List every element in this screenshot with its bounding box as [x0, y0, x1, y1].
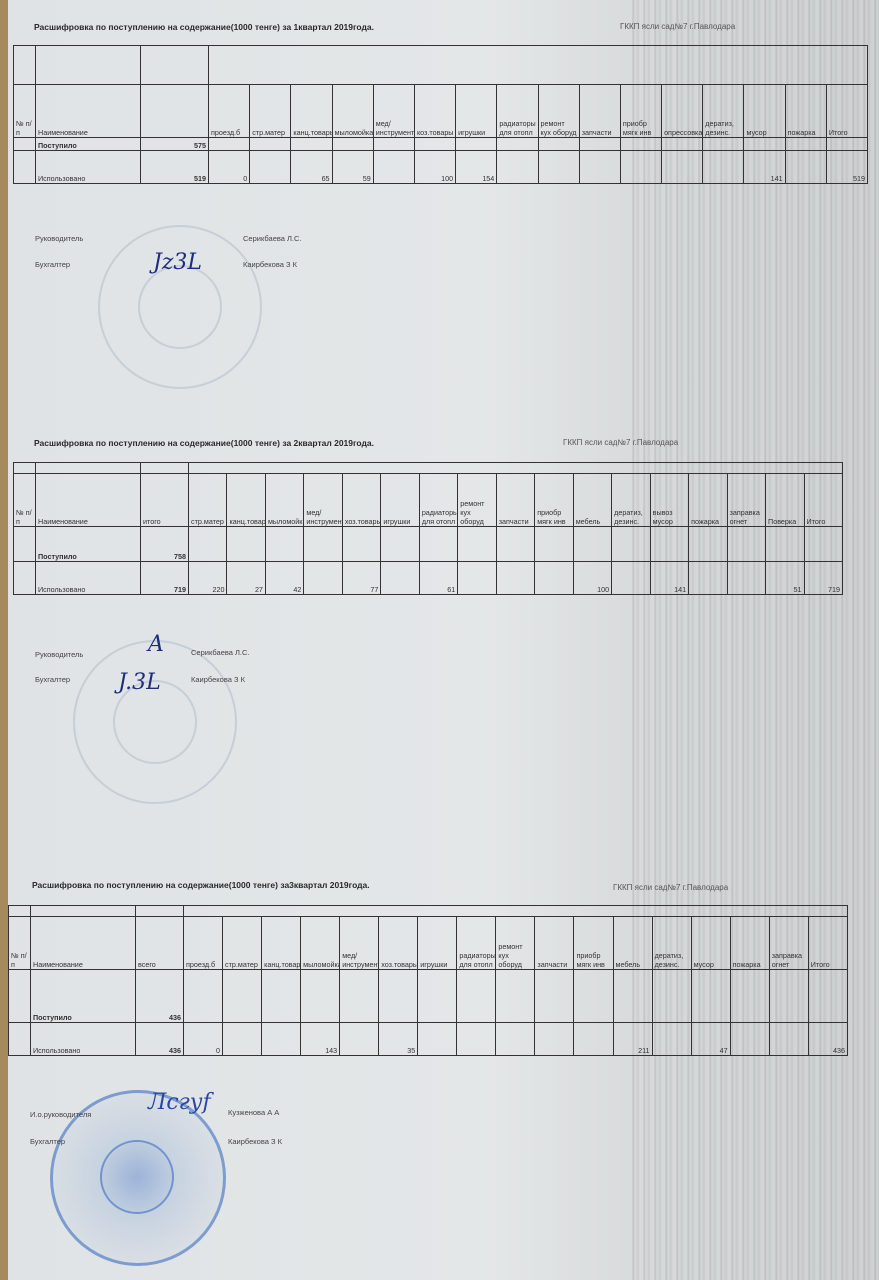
row-number — [14, 138, 36, 151]
cell-value — [727, 527, 765, 562]
row-total: 436 — [136, 970, 184, 1023]
head-role: Руководитель — [35, 650, 83, 659]
column-header: мыломойка — [301, 917, 340, 970]
cell-value — [414, 138, 455, 151]
column-header: мед/инструменты — [373, 85, 414, 138]
cell-value — [730, 1023, 769, 1056]
cell-value: 100 — [414, 151, 455, 184]
column-header: мыломойка — [265, 474, 303, 527]
expense-table: № п/пНаименованиевсегопроезд.бстр.матерк… — [8, 905, 848, 1056]
column-header: стр.матер — [250, 85, 291, 138]
column-header: стр.матер — [223, 917, 262, 970]
row-number — [9, 970, 31, 1023]
cell-value — [340, 1023, 379, 1056]
head-name: Серикбаева Л.С. — [243, 234, 302, 243]
cell-value — [223, 1023, 262, 1056]
page-edge — [0, 0, 8, 1280]
org-name: ГККП ясли сад№7 г.Павлодара — [613, 883, 728, 892]
column-header: заправка огнет — [727, 474, 765, 527]
row-label: Поступило — [31, 970, 136, 1023]
column-header: ремонт кух оборуд — [496, 917, 535, 970]
column-header-no: № п/п — [9, 917, 31, 970]
doc-title: Расшифровка по поступлению на содержание… — [32, 880, 370, 890]
cell-value: 143 — [301, 1023, 340, 1056]
column-header-name: Наименование — [36, 474, 141, 527]
doc-title: Расшифровка по поступлению на содержание… — [34, 22, 374, 32]
cell-value — [381, 562, 419, 595]
column-header: дератиз, дезинс. — [703, 85, 744, 138]
cell-value — [496, 970, 535, 1023]
header-row: № п/пНаименованиеитогостр.матерканц.това… — [14, 474, 843, 527]
column-header: игрушки — [418, 917, 457, 970]
cell-value — [535, 562, 573, 595]
cell-value — [691, 970, 730, 1023]
cell-value — [262, 1023, 301, 1056]
cell-value — [457, 1023, 496, 1056]
cell-value — [456, 138, 497, 151]
cell-value — [662, 151, 703, 184]
cell-value — [579, 151, 620, 184]
cell-value — [612, 527, 650, 562]
cell-value — [769, 1023, 808, 1056]
head-role: Руководитель — [35, 234, 83, 243]
cell-value — [497, 151, 538, 184]
cell-value — [620, 151, 661, 184]
column-header: приобр мягк инв — [535, 474, 573, 527]
cell-value — [652, 1023, 691, 1056]
cell-value — [340, 970, 379, 1023]
cell-value — [373, 151, 414, 184]
header-row: № п/пНаименованиепроезд.бстр.матерканц.т… — [14, 85, 868, 138]
cell-value: 0 — [209, 151, 250, 184]
cell-value — [250, 138, 291, 151]
cell-value — [304, 527, 342, 562]
cell-value — [497, 138, 538, 151]
header-spacer-row — [14, 463, 843, 474]
cell-value — [301, 970, 340, 1023]
cell-value: 141 — [744, 151, 785, 184]
column-header-no: № п/п — [14, 85, 36, 138]
row-label: Поступило — [36, 138, 141, 151]
cell-value — [381, 527, 419, 562]
cell-value — [538, 151, 579, 184]
cell-value — [727, 562, 765, 595]
row-total: 575 — [141, 138, 209, 151]
cell-value — [209, 138, 250, 151]
column-header: запчасти — [579, 85, 620, 138]
cell-value — [785, 138, 826, 151]
cell-value: 0 — [184, 1023, 223, 1056]
cell-value — [227, 527, 265, 562]
expense-table: № п/пНаименованиеитогостр.матерканц.това… — [13, 462, 843, 595]
cell-value: 719 — [804, 562, 843, 595]
header-spacer-row — [14, 46, 868, 85]
column-header: ремонт кух оборуд — [458, 474, 496, 527]
cell-value — [342, 527, 380, 562]
cell-value — [265, 527, 303, 562]
cell-value: 141 — [650, 562, 688, 595]
cell-value — [496, 1023, 535, 1056]
org-name: ГККП ясли сад№7 г.Павлодара — [620, 22, 735, 31]
signature: Jz3L — [153, 250, 202, 275]
header-spacer-row — [9, 906, 848, 917]
cell-value: 47 — [691, 1023, 730, 1056]
row-label: Использовано — [31, 1023, 136, 1056]
column-header: Итого — [826, 85, 867, 138]
row-label: Использовано — [36, 151, 141, 184]
accountant-role: Бухгалтер — [35, 675, 70, 684]
cell-value — [573, 527, 611, 562]
column-header: стр.матер — [189, 474, 227, 527]
row-number — [14, 562, 36, 595]
column-header: мед/инструменты — [304, 474, 342, 527]
accountant-name: Каирбекова З К — [191, 675, 245, 684]
signature: A — [148, 632, 164, 657]
column-header-name: Наименование — [31, 917, 136, 970]
cell-value — [457, 970, 496, 1023]
column-header: дератиз, дезинс. — [612, 474, 650, 527]
cell-value: 27 — [227, 562, 265, 595]
cell-value — [744, 138, 785, 151]
cell-value — [458, 527, 496, 562]
cell-value — [703, 151, 744, 184]
table-row: Поступило575 — [14, 138, 868, 151]
column-header: приобр мягк инв — [620, 85, 661, 138]
cell-value — [458, 562, 496, 595]
cell-value — [579, 138, 620, 151]
cell-value: 59 — [332, 151, 373, 184]
document-q1: Расшифровка по поступлению на содержание… — [8, 0, 879, 400]
column-header: проезд.б — [184, 917, 223, 970]
cell-value: 519 — [826, 151, 867, 184]
cell-value — [418, 970, 457, 1023]
row-total: 758 — [141, 527, 189, 562]
cell-value: 77 — [342, 562, 380, 595]
cell-value — [223, 970, 262, 1023]
cell-value — [574, 970, 613, 1023]
row-number — [14, 527, 36, 562]
accountant-role: Бухгалтер — [30, 1137, 65, 1146]
org-name: ГККП ясли сад№7 г.Павлодара — [563, 438, 678, 447]
cell-value — [418, 1023, 457, 1056]
cell-value: 220 — [189, 562, 227, 595]
column-header: мед/инструменты — [340, 917, 379, 970]
accountant-name: Каирбекова З К — [243, 260, 297, 269]
cell-value — [612, 562, 650, 595]
column-header: заправка огнет — [769, 917, 808, 970]
cell-value — [538, 138, 579, 151]
column-header: пожарка — [689, 474, 727, 527]
cell-value — [703, 138, 744, 151]
cell-value — [689, 562, 727, 595]
accountant-name: Каирбекова З К — [228, 1137, 282, 1146]
cell-value: 65 — [291, 151, 332, 184]
column-header: проезд.б — [209, 85, 250, 138]
column-header: пожарка — [730, 917, 769, 970]
accountant-role: Бухгалтер — [35, 260, 70, 269]
column-header: канц.товары — [262, 917, 301, 970]
column-header: мыломойка — [332, 85, 373, 138]
cell-value — [332, 138, 373, 151]
cell-value — [304, 562, 342, 595]
signature: Лсгуf — [148, 1090, 211, 1115]
row-label: Поступило — [36, 527, 141, 562]
column-header-total: всего — [136, 917, 184, 970]
cell-value — [785, 151, 826, 184]
cell-value — [379, 970, 418, 1023]
cell-value: 61 — [419, 562, 457, 595]
cell-value: 51 — [766, 562, 804, 595]
expense-table: № п/пНаименованиепроезд.бстр.матерканц.т… — [13, 45, 868, 184]
table-row: Поступило758 — [14, 527, 843, 562]
cell-value — [613, 970, 652, 1023]
column-header: опрессовка,промывка — [662, 85, 703, 138]
cell-value — [496, 527, 534, 562]
cell-value — [662, 138, 703, 151]
column-header: Поверка — [766, 474, 804, 527]
cell-value — [250, 151, 291, 184]
cell-value — [419, 527, 457, 562]
cell-value — [262, 970, 301, 1023]
row-total: 436 — [136, 1023, 184, 1056]
header-row: № п/пНаименованиевсегопроезд.бстр.матерк… — [9, 917, 848, 970]
document-q3: Расшифровка по поступлению на содержание… — [8, 845, 879, 1280]
cell-value: 42 — [265, 562, 303, 595]
column-header: игрушки — [381, 474, 419, 527]
row-number — [9, 1023, 31, 1056]
cell-value: 100 — [573, 562, 611, 595]
cell-value: 154 — [456, 151, 497, 184]
cell-value — [535, 1023, 574, 1056]
cell-value — [373, 138, 414, 151]
document-q2: Расшифровка по поступлению на содержание… — [8, 400, 879, 845]
column-header: игрушки — [456, 85, 497, 138]
cell-value: 436 — [808, 1023, 847, 1056]
column-header: канц.товары — [291, 85, 332, 138]
cell-value — [496, 562, 534, 595]
cell-value — [652, 970, 691, 1023]
cell-value: 35 — [379, 1023, 418, 1056]
cell-value — [535, 970, 574, 1023]
table-row: Использовано51906559100154141519 — [14, 151, 868, 184]
column-header-no: № п/п — [14, 474, 36, 527]
cell-value — [650, 527, 688, 562]
cell-value — [535, 527, 573, 562]
cell-value — [291, 138, 332, 151]
column-header: Итого — [808, 917, 847, 970]
cell-value: 211 — [613, 1023, 652, 1056]
column-header: пожарка — [785, 85, 826, 138]
column-header: вывоз мусор — [650, 474, 688, 527]
column-header: мебель — [573, 474, 611, 527]
column-header: Итого — [804, 474, 843, 527]
cell-value — [184, 970, 223, 1023]
doc-title: Расшифровка по поступлению на содержание… — [34, 438, 374, 448]
cell-value — [730, 970, 769, 1023]
column-header: мусор — [744, 85, 785, 138]
table-row: Использовано7192202742776110014151719 — [14, 562, 843, 595]
column-header: запчасти — [496, 474, 534, 527]
cell-value — [574, 1023, 613, 1056]
column-header-name: Наименование — [36, 85, 141, 138]
cell-value — [826, 138, 867, 151]
row-number — [14, 151, 36, 184]
table-row: Поступило436 — [9, 970, 848, 1023]
column-header: приобр мягк инв — [574, 917, 613, 970]
column-header: хоз.товары — [379, 917, 418, 970]
column-header: радиаторы для отопл — [457, 917, 496, 970]
cell-value — [804, 527, 843, 562]
column-header: радиаторы для отопл — [419, 474, 457, 527]
column-header-total: итого — [141, 474, 189, 527]
cell-value — [620, 138, 661, 151]
cell-value — [769, 970, 808, 1023]
column-header: хоз.товары — [342, 474, 380, 527]
cell-value — [189, 527, 227, 562]
column-header: мебель — [613, 917, 652, 970]
column-header: ремонт кух оборуд — [538, 85, 579, 138]
column-header: радиаторы для отопл — [497, 85, 538, 138]
column-header: дератиз, дезинс. — [652, 917, 691, 970]
cell-value — [808, 970, 847, 1023]
column-header: коз.товары — [414, 85, 455, 138]
table-row: Использовано43601433521147436 — [9, 1023, 848, 1056]
column-header: мусор — [691, 917, 730, 970]
row-total: 519 — [141, 151, 209, 184]
column-header-total — [141, 85, 209, 138]
row-total: 719 — [141, 562, 189, 595]
cell-value — [689, 527, 727, 562]
head-name: Серикбаева Л.С. — [191, 648, 250, 657]
column-header: запчасти — [535, 917, 574, 970]
cell-value — [766, 527, 804, 562]
head-role: И.о.руководителя — [30, 1110, 91, 1119]
column-header: канц.товары — [227, 474, 265, 527]
head-name: Кузженова А А — [228, 1108, 279, 1117]
row-label: Использовано — [36, 562, 141, 595]
